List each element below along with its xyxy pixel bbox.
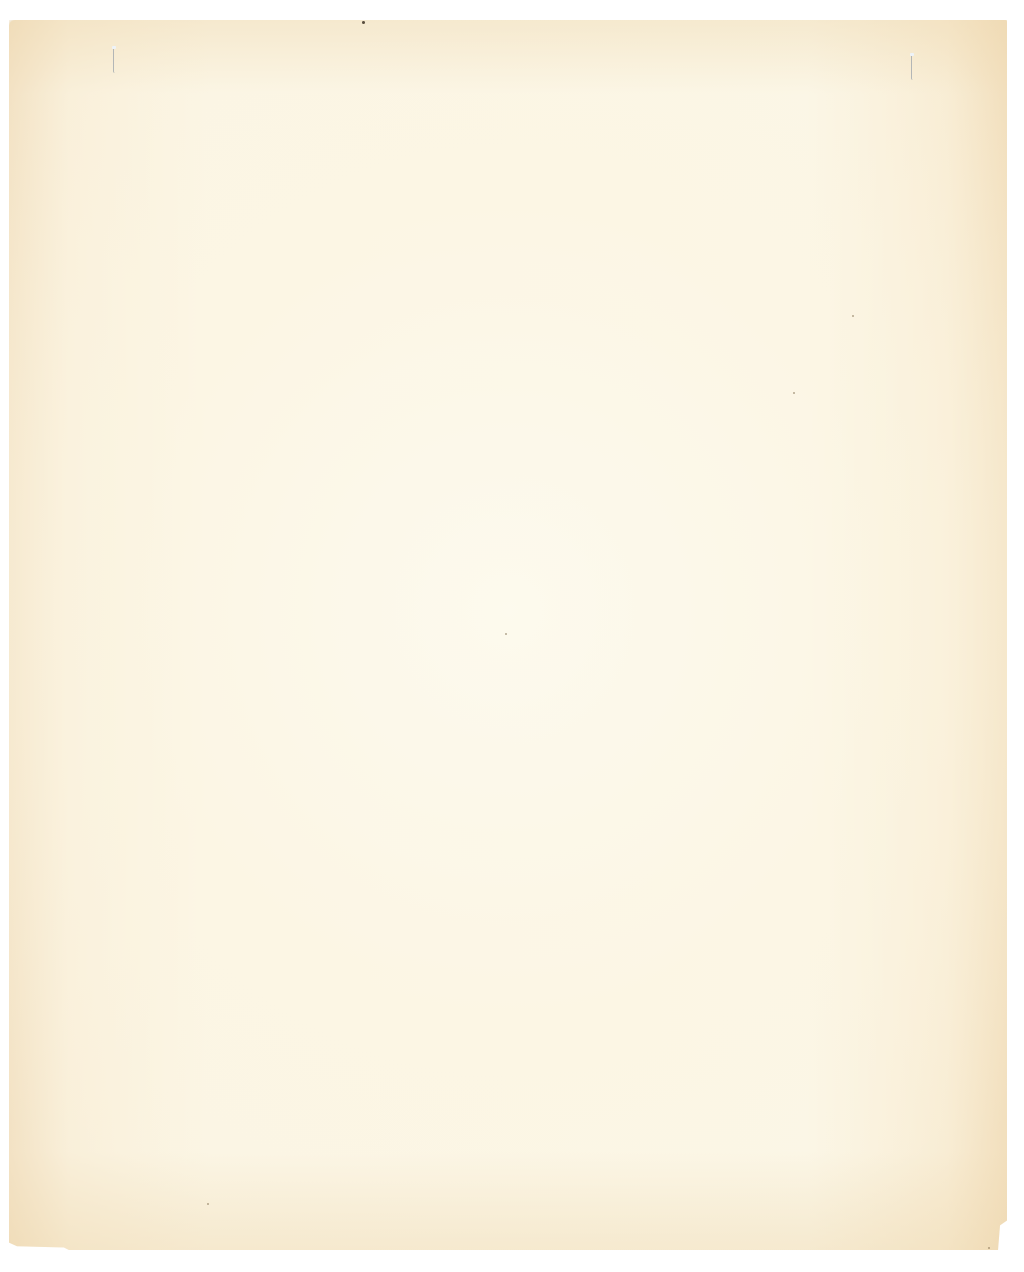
punch-hole-left [113, 47, 118, 73]
paper-aging-shade [9, 20, 1007, 1250]
punch-hole-right [911, 54, 916, 80]
paper-speck [505, 633, 507, 635]
paper-speck [852, 315, 854, 317]
paper-speck [988, 1247, 990, 1249]
ink-speck [362, 21, 365, 24]
paper-sheet [9, 20, 1007, 1250]
scanned-page [0, 0, 1024, 1272]
paper-speck [207, 1203, 209, 1205]
paper-speck [793, 392, 795, 394]
